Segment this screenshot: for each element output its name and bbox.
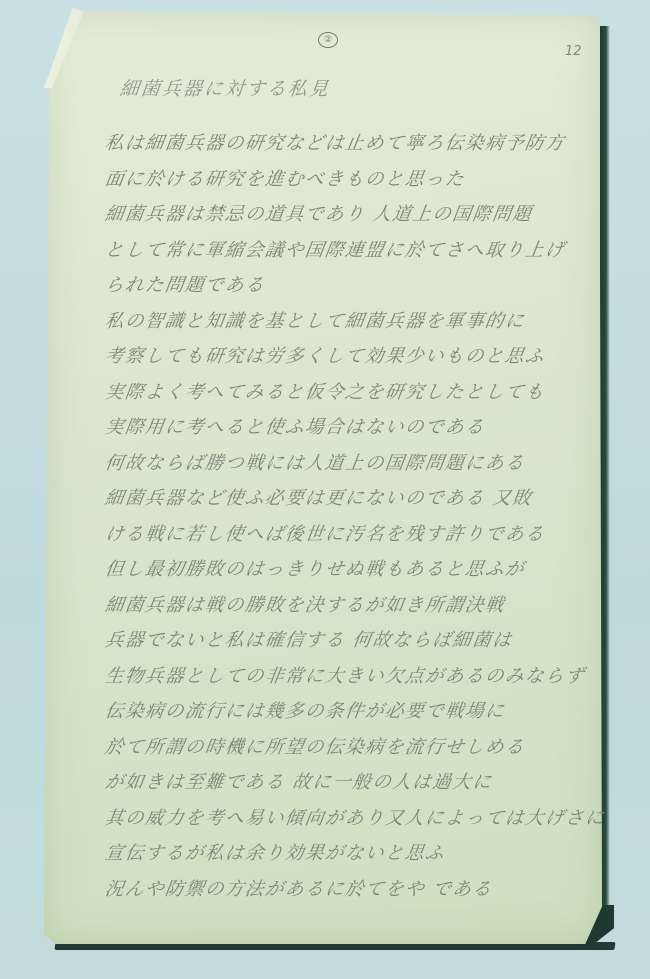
text-line: 宣伝するが私は余り効果がないと思ふ: [103, 836, 588, 872]
text-line: 生物兵器としての非常に大きい欠点があるのみならず: [103, 659, 588, 695]
text-line: として常に軍縮会議や国際連盟に於てさへ取り上げ: [103, 233, 588, 269]
page-number: 12: [565, 44, 582, 59]
text-line: 私は細菌兵器の研究などは止めて寧ろ伝染病予防方: [103, 126, 588, 162]
text-line: 考察しても研究は労多くして効果少いものと思ふ: [103, 339, 588, 375]
text-line: 細菌兵器は禁忌の道具であり 人道上の国際問題: [103, 197, 588, 233]
text-line: 但し最初勝敗のはっきりせぬ戦もあると思ふが: [103, 552, 588, 588]
document-title: 細菌兵器に対する私見: [119, 74, 332, 101]
text-line: 兵器でないと私は確信する 何故ならば細菌は: [103, 623, 588, 659]
text-line: 実際よく考へてみると仮令之を研究したとしても: [103, 375, 588, 411]
text-line: が如きは至難である 故に一般の人は過大に: [103, 765, 588, 801]
text-line: 実際用に考へると使ふ場合はないのである: [103, 410, 588, 446]
text-line: 細菌兵器は戦の勝敗を決するが如き所謂決戦: [103, 588, 588, 624]
text-line: 於て所謂の時機に所望の伝染病を流行せしめる: [103, 730, 588, 766]
text-line: ける戦に若し使へば後世に汚名を残す許りである: [103, 517, 588, 553]
text-line: 伝染病の流行には幾多の条件が必要で戦場に: [103, 694, 588, 730]
text-line: 況んや防禦の方法があるに於てをや である: [103, 872, 588, 908]
text-line: 面に於ける研究を進むべきものと思った: [103, 162, 588, 198]
manuscript-body: 私は細菌兵器の研究などは止めて寧ろ伝染病予防方 面に於ける研究を進むべきものと思…: [105, 126, 585, 907]
text-line: 細菌兵器など使ふ必要は更にないのである 又敗: [103, 481, 588, 517]
text-line: 何故ならば勝つ戦には人道上の国際問題にある: [103, 446, 588, 482]
text-line: 私の智識と知識を基として細菌兵器を軍事的に: [103, 304, 588, 340]
text-line: 其の威力を考へ易い傾向があり又人によっては大げさに: [103, 801, 588, 837]
page-marker: ②: [318, 32, 338, 48]
text-line: られた問題である: [103, 268, 588, 304]
